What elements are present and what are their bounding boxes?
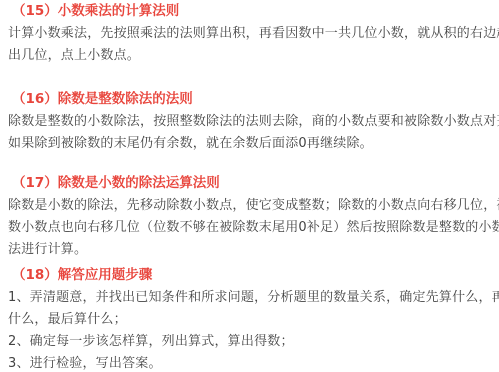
text-line: 数小数点也向右移几位（位数不够在被除数末尾用0补足）然后按照除数是整数的小数除 xyxy=(8,217,495,239)
text-line: 1、弄清题意，并找出已知条件和所求问题，分析题里的数量关系，确定先算什么，再算 xyxy=(8,287,495,309)
section-body: 计算小数乘法，先按照乘法的法则算出积，再看因数中一共几位小数，就从积的右边起数 … xyxy=(8,23,495,67)
text-line: 2、确定每一步该怎样算，列出算式，算出得数； xyxy=(8,331,495,353)
section-word-problem-steps: （18）解答应用题步骤 1、弄清题意，并找出已知条件和所求问题，分析题里的数量关… xyxy=(8,265,495,372)
text-line: 计算小数乘法，先按照乘法的法则算出积，再看因数中一共几位小数，就从积的右边起数 xyxy=(8,23,495,45)
section-integer-divisor-division: （16）除数是整数除法的法则 除数是整数的小数除法，按照整数除法的法则去除，商的… xyxy=(8,89,495,155)
text-line: 什么，最后算什么； xyxy=(8,309,495,331)
text-line: 法进行计算。 xyxy=(8,239,495,261)
text-line: 3、进行检验，写出答案。 xyxy=(8,353,495,372)
text-line: 如果除到被除数的末尾仍有余数，就在余数后面添0再继续除。 xyxy=(8,133,495,155)
section-body: 除数是小数的除法，先移动除数小数点，使它变成整数；除数的小数点向右移几位，被除 … xyxy=(8,195,495,261)
text-line: 除数是小数的除法，先移动除数小数点，使它变成整数；除数的小数点向右移几位，被除 xyxy=(8,195,495,217)
section-decimal-divisor-division: （17）除数是小数的除法运算法则 除数是小数的除法，先移动除数小数点，使它变成整… xyxy=(8,173,495,261)
section-heading: （16）除数是整数除法的法则 xyxy=(12,89,495,109)
text-line: 出几位，点上小数点。 xyxy=(8,45,495,67)
section-heading: （17）除数是小数的除法运算法则 xyxy=(12,173,495,193)
section-body: 1、弄清题意，并找出已知条件和所求问题，分析题里的数量关系，确定先算什么，再算 … xyxy=(8,287,495,372)
section-heading: （15）小数乘法的计算法则 xyxy=(12,1,495,21)
section-body: 除数是整数的小数除法，按照整数除法的法则去除，商的小数点要和被除数小数点对齐， … xyxy=(8,111,495,155)
section-heading: （18）解答应用题步骤 xyxy=(12,265,495,285)
section-decimal-multiplication: （15）小数乘法的计算法则 计算小数乘法，先按照乘法的法则算出积，再看因数中一共… xyxy=(8,1,495,67)
text-line: 除数是整数的小数除法，按照整数除法的法则去除，商的小数点要和被除数小数点对齐， xyxy=(8,111,495,133)
